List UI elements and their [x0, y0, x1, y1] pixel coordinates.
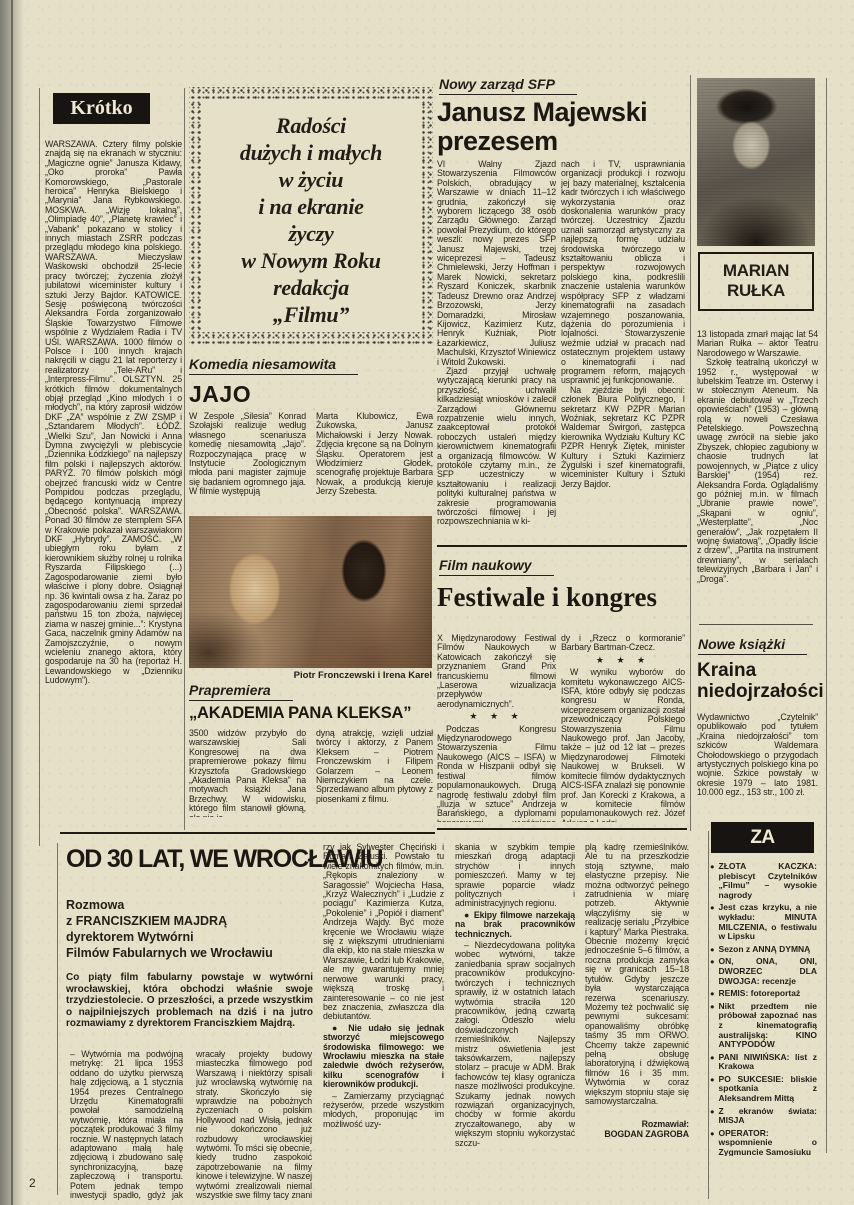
akademia-column-1: 3500 widzów przybyło do warszawskiej Sal…: [189, 729, 306, 817]
column-rule: [184, 88, 185, 830]
science-title: Festiwale i kongres: [437, 582, 657, 613]
scan-edge: [0, 0, 24, 1205]
list-item-text: Nikt przedtem nie próbował zapoznać nas …: [719, 1002, 817, 1050]
wroclaw-paragraph: – Wytwórnia ma podwójną metrykę: 21 lipc…: [70, 1050, 183, 1200]
wroclaw-paragraph: skania w szybkim tempie mieszkań drogą a…: [455, 843, 575, 909]
greeting-box: Radości dużych i małych w życiu i na ekr…: [202, 100, 420, 332]
wroclaw-subtitle-line: dyrektorem Wytwórni: [66, 929, 273, 945]
rulka-column: 13 listopada zmarł mając lat 54 Marian R…: [697, 330, 818, 617]
sfp-kicker: Nowy zarząd SFP: [439, 76, 577, 95]
sfp-paragraph: Zjazd przyjął uchwałę wytyczającą kierun…: [437, 367, 556, 527]
jajo-text-2: Marta Klubowicz, Ewa Żukowska, Janusz Mi…: [316, 412, 433, 497]
list-item: ●Nikt przedtem nie próbował zapoznać nas…: [710, 1002, 817, 1050]
wroclaw-column-4: skania w szybkim tempie mieszkań drogą a…: [455, 843, 575, 1203]
page-number: 2: [29, 1176, 36, 1190]
jajo-column-1: W Zespole „Silesia” Konrad Szołajski rea…: [189, 412, 306, 502]
marian-rulka-photo: [697, 78, 815, 246]
krotko-header: Krótko: [53, 93, 150, 124]
bullet-icon: ●: [710, 1053, 715, 1072]
column-rule: [708, 831, 709, 1199]
stars-separator: ★ ★ ★: [561, 656, 685, 665]
sfp-column-2: nach i TV, usprawniania organizacji prod…: [561, 160, 685, 543]
sfp-column-1: VI Walny Zjazd Stowarzyszenia Filmowców …: [437, 160, 556, 543]
newspaper-page: Krótko WARSZAWA. Cztery filmy polskie zn…: [0, 0, 854, 1205]
bullet-icon: ●: [710, 989, 715, 999]
list-item-text: PO SUKCESIE: bliskie spotkania z Aleksan…: [719, 1075, 817, 1104]
section-rule: [437, 545, 687, 547]
sfp-paragraph: nach i TV, usprawniania organizacji prod…: [561, 160, 685, 386]
krotko-body: WARSZAWA. Cztery filmy polskie znajdą si…: [45, 140, 182, 686]
scan-edge-line: [11, 0, 13, 1205]
wroclaw-paragraph: – Zamierzamy przyciągnąć reżyserów, prze…: [323, 1092, 444, 1130]
za-tydzien-header: ZA TYDZIEŃ: [711, 822, 814, 853]
list-item-text: PANI NIWIŃSKA: list z Krakowa: [719, 1053, 817, 1072]
greeting-ornamental-frame: Radości dużych i małych w życiu i na ekr…: [189, 87, 433, 345]
books-kicker: Nowe książki: [698, 636, 807, 655]
jajo-title: JAJO: [189, 381, 251, 408]
list-item-text: OPERATOR: wspomnienie o Zygmuncie Samosi…: [719, 1129, 817, 1156]
list-item: ●ZŁOTA KACZKA: plebiscyt Czytelników „Fi…: [710, 862, 817, 900]
krotko-title: Krótko: [53, 93, 150, 124]
akademia-text-2: dyną atrakcję, wzięli udział twórcy i ak…: [316, 729, 433, 804]
science-column-1: X Międzynarodowy Festiwal Filmów Naukowy…: [437, 634, 556, 822]
sfp-paragraph: VI Walny Zjazd Stowarzyszenia Filmowców …: [437, 160, 556, 367]
science-paragraph: dy i „Rzecz o kormoranie” Barbary Bartma…: [561, 634, 685, 653]
list-item-text: Jest czas krzyku, a nie wykładu: MINUTA …: [719, 903, 817, 941]
jajo-kicker: Komedia niesamowita: [189, 356, 358, 375]
wroclaw-column-2: wracały projekty budowy miasteczka filmo…: [196, 1050, 312, 1200]
greeting-line: Radości: [202, 112, 420, 139]
section-rule: [699, 624, 813, 625]
list-item-text: REMIS: fotoreportaż: [719, 989, 801, 999]
column-rule: [690, 75, 691, 831]
column-rule: [826, 78, 827, 1153]
wroclaw-paragraph: wracały projekty budowy miasteczka filmo…: [196, 1050, 312, 1200]
greeting-line: i na ekranie: [202, 193, 420, 220]
signoff: Rozmawiał: BOGDAN ZAGROBA: [585, 1120, 689, 1139]
wroclaw-subtitle-line: Rozmowa: [66, 897, 273, 913]
list-item: ●PO SUKCESIE: bliskie spotkania z Aleksa…: [710, 1075, 817, 1104]
bullet-icon: ●: [710, 945, 715, 955]
jajo-column-2: Marta Klubowicz, Ewa Żukowska, Janusz Mi…: [316, 412, 433, 502]
greeting-line: „Filmu”: [202, 301, 420, 328]
list-item: ●ON, ONA, ONI, DWORZEC DLA DWOJGA: recen…: [710, 957, 817, 986]
greeting-line: w Nowym Roku: [202, 247, 420, 274]
bullet-icon: ●: [710, 1107, 715, 1126]
photo-caption: Piotr Fronczewski i Irena Karel: [250, 670, 432, 681]
greeting-line: redakcja: [202, 274, 420, 301]
bullet-icon: ●: [710, 862, 715, 900]
greeting-line: życzy: [202, 220, 420, 247]
list-item: ●OPERATOR: wspomnienie o Zygmuncie Samos…: [710, 1129, 817, 1156]
za-tydzien-list: ●ZŁOTA KACZKA: plebiscyt Czytelników „Fi…: [710, 862, 817, 1156]
list-item: ●REMIS: fotoreportaż: [710, 989, 817, 999]
rulka-title-box: MARIAN RUŁKA: [698, 252, 814, 311]
science-column-2: dy i „Rzecz o kormoranie” Barbary Bartma…: [561, 634, 685, 822]
science-paragraph: Podczas Kongresu Międzynarodowego Stowar…: [437, 725, 556, 822]
akademia-text-1: 3500 widzów przybyło do warszawskiej Sal…: [189, 729, 306, 817]
wroclaw-column-1: – Wytwórnia ma podwójną metrykę: 21 lipc…: [70, 1050, 183, 1200]
film-still-photo: [189, 516, 432, 668]
science-paragraph: W wyniku wyborów do komitetu wykonawczeg…: [561, 668, 685, 822]
bullet-icon: ●: [710, 1129, 715, 1156]
wroclaw-column-5: plą kadrę rzemieślników. Ale tu na przes…: [585, 843, 689, 1203]
rulka-paragraph: Szkołę teatralną ukończył w 1952 r., wys…: [697, 358, 818, 584]
wroclaw-paragraph: rzy jak Sylwester Chęciński i Roman Zału…: [323, 843, 444, 1022]
books-column: Wydawnictwo „Czytelnik” opublikowało pod…: [697, 713, 818, 816]
list-item-text: Z ekranów świata: MISJA: [719, 1107, 817, 1126]
wroclaw-column-3: rzy jak Sylwester Chęciński i Roman Zału…: [323, 843, 444, 1203]
jajo-text-1: W Zespole „Silesia” Konrad Szołajski rea…: [189, 412, 306, 497]
krotko-column: WARSZAWA. Cztery filmy polskie znajdą si…: [45, 140, 182, 846]
bullet-icon: ●: [710, 957, 715, 986]
wroclaw-lead: Co piąty film fabularny powstaje w wytwó…: [66, 972, 313, 1030]
za-tydzien-title: ZA TYDZIEŃ: [711, 822, 814, 853]
section-rule: [437, 828, 687, 830]
bullet-icon: ●: [710, 1002, 715, 1050]
books-title: Kraina niedojrzałości: [697, 660, 824, 702]
books-body: Wydawnictwo „Czytelnik” opublikowało pod…: [697, 713, 818, 798]
list-item: ●Sezon z ANNĄ DYMNĄ: [710, 945, 817, 955]
science-paragraph: X Międzynarodowy Festiwal Filmów Naukowy…: [437, 634, 556, 709]
list-item-text: ON, ONA, ONI, DWORZEC DLA DWOJGA: recenz…: [719, 957, 817, 986]
bullet-icon: ●: [710, 1075, 715, 1104]
wroclaw-paragraph: plą kadrę rzemieślników. Ale tu na przes…: [585, 843, 689, 1106]
signoff-name: BOGDAN ZAGROBA: [585, 1130, 689, 1139]
akademia-title: „AKADEMIA PANA KLEKSA”: [189, 704, 411, 723]
column-rule: [39, 88, 40, 846]
wroclaw-question: ● Nie udało się jednak stworzyć miejscow…: [323, 1024, 444, 1090]
prapremiera-kicker: Prapremiera: [189, 682, 293, 701]
list-item-text: Sezon z ANNĄ DYMNĄ: [719, 945, 811, 955]
greeting-line: w życiu: [202, 166, 420, 193]
column-rule: [57, 843, 58, 1195]
list-item: ●PANI NIWIŃSKA: list z Krakowa: [710, 1053, 817, 1072]
stars-separator: ★ ★ ★: [437, 712, 556, 721]
list-item: ●Jest czas krzyku, a nie wykładu: MINUTA…: [710, 903, 817, 941]
sfp-paragraph: Na zjeździe byli obecni: członek Biura P…: [561, 386, 685, 489]
wroclaw-subtitle-line: z FRANCISZKIEM MAJDRĄ: [66, 913, 273, 929]
akademia-column-2: dyną atrakcję, wzięli udział twórcy i ak…: [316, 729, 433, 817]
bullet-icon: ●: [710, 903, 715, 941]
greeting-line: dużych i małych: [202, 139, 420, 166]
wroclaw-subtitle-line: Filmów Fabularnych we Wrocławiu: [66, 945, 273, 961]
sfp-title: Janusz Majewski prezesem: [437, 98, 647, 156]
wroclaw-subtitle: Rozmowa z FRANCISZKIEM MAJDRĄ dyrektorem…: [66, 897, 273, 961]
wroclaw-paragraph: – Niezdecydowana polityka wobec wytwórni…: [455, 941, 575, 1148]
rulka-paragraph: 13 listopada zmarł mając lat 54 Marian R…: [697, 330, 818, 358]
list-item-text: ZŁOTA KACZKA: plebiscyt Czytelników „Fil…: [719, 862, 817, 900]
science-kicker: Film naukowy: [439, 557, 554, 576]
wroclaw-question: ● Ekipy filmowe narzekają na brak pracow…: [455, 911, 575, 939]
list-item: ●Z ekranów świata: MISJA: [710, 1107, 817, 1126]
